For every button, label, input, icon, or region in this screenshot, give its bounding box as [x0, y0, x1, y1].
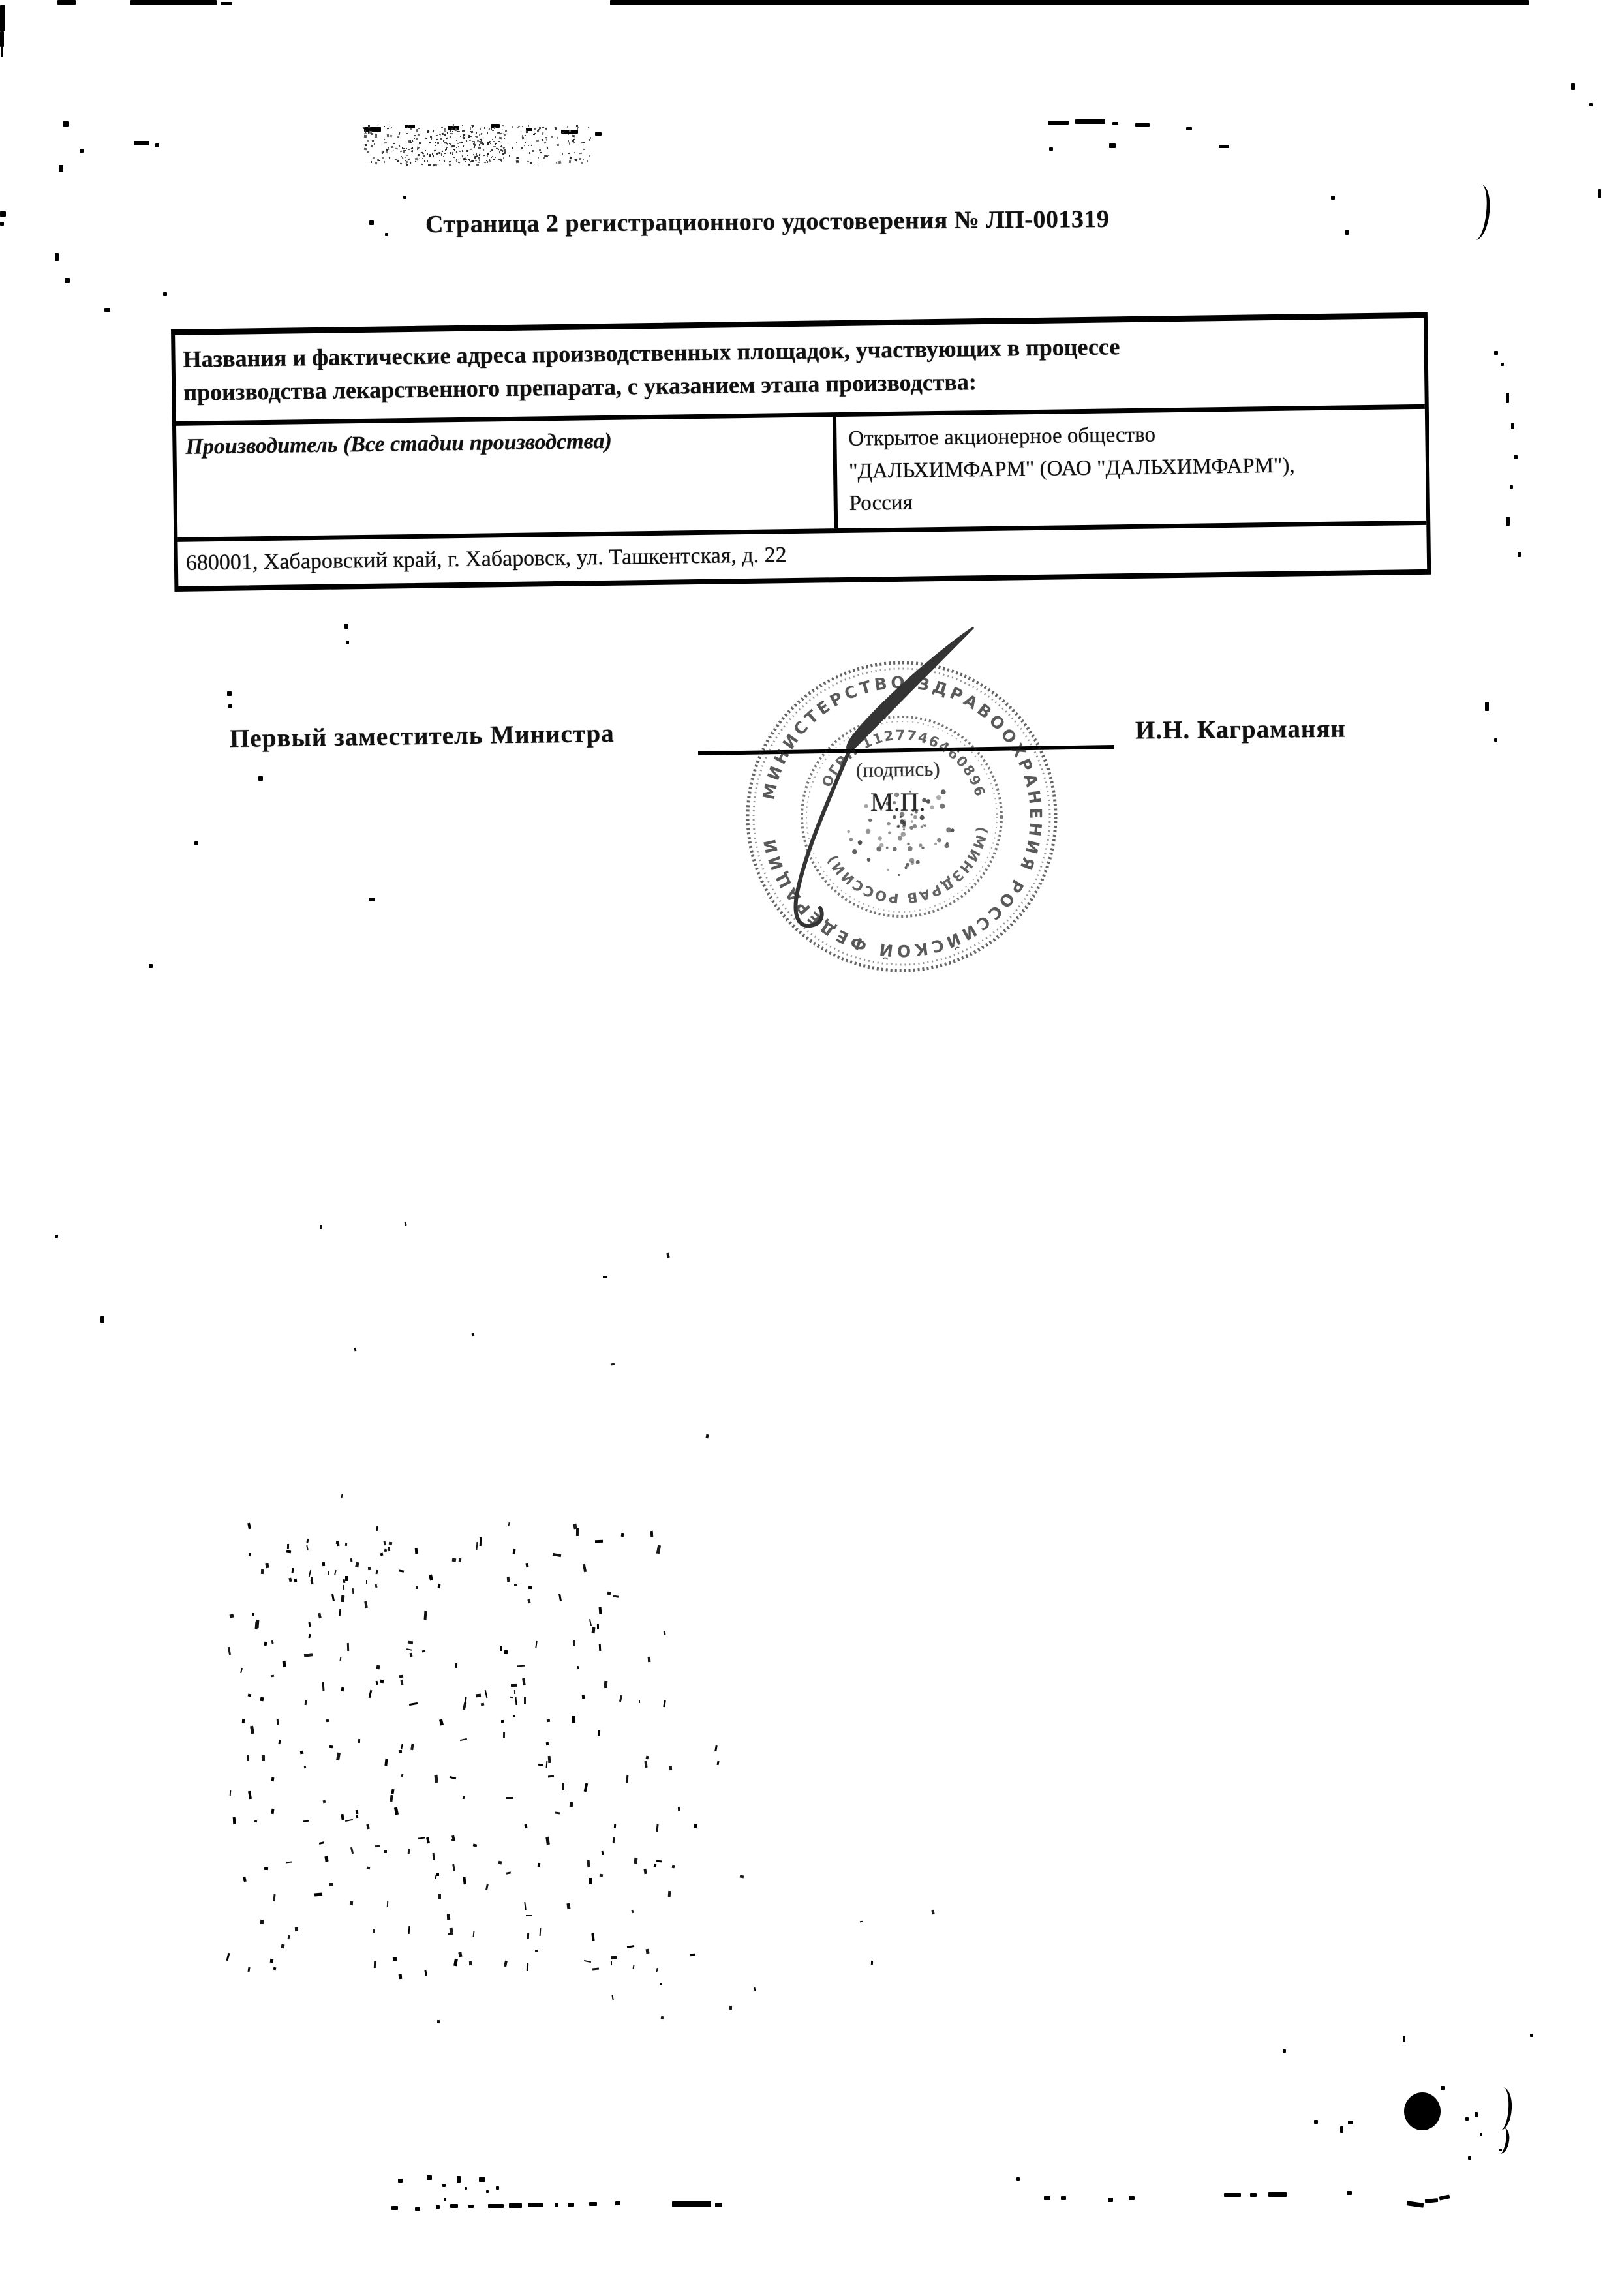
scan-noise-speck: [483, 149, 484, 151]
scan-noise-speck: [437, 142, 439, 144]
scan-speck: [528, 2203, 543, 2207]
scan-noise-speck: [465, 161, 466, 162]
scan-noise-speck: [542, 132, 543, 135]
scan-noise-speck: [341, 1687, 344, 1692]
scan-noise-speck: [525, 135, 526, 137]
scan-noise-speck: [308, 1634, 311, 1638]
scan-noise-speck: [304, 1700, 307, 1706]
scan-speck: [1485, 702, 1489, 711]
scan-noise-speck: [572, 1716, 575, 1723]
scan-speck: [0, 211, 6, 217]
scan-noise-speck: [620, 1695, 623, 1702]
scan-noise-speck: [433, 130, 434, 132]
scan-speck: [444, 2198, 446, 2201]
scan-noise-speck: [607, 1592, 611, 1595]
scan-speck: [1598, 189, 1601, 198]
scan-speck: [1135, 123, 1150, 127]
scan-speck: [65, 278, 70, 283]
scan-speck: [1494, 738, 1497, 742]
scan-noise-speck: [446, 138, 448, 140]
scan-noise-speck: [490, 143, 491, 144]
scan-noise-speck: [592, 1627, 596, 1633]
scan-arc-mark: [1464, 183, 1493, 241]
scan-noise-speck: [384, 1759, 388, 1766]
scan-noise-speck: [282, 1661, 285, 1668]
scan-noise-speck: [389, 1541, 392, 1544]
scan-noise-speck: [591, 1933, 594, 1941]
scan-noise-speck: [408, 1926, 410, 1934]
scan-noise-speck: [466, 140, 468, 141]
scan-noise-speck: [531, 145, 532, 146]
scan-noise-speck: [611, 1956, 617, 1959]
scan-noise-speck: [386, 1901, 388, 1907]
scan-noise-speck: [469, 148, 470, 151]
scan-noise-speck: [613, 1595, 619, 1598]
scan-noise-speck: [547, 155, 549, 156]
scan-noise-speck: [436, 139, 438, 141]
scan-noise-speck: [449, 161, 451, 163]
scan-noise-speck: [498, 143, 499, 144]
scan-noise-speck: [248, 1694, 252, 1697]
scan-noise-speck: [435, 164, 438, 166]
scan-noise-speck: [613, 1824, 615, 1829]
scan-noise-speck: [512, 147, 513, 149]
scan-noise-speck: [452, 131, 453, 132]
scan-speck: [0, 5, 5, 31]
scan-noise-speck: [341, 1595, 344, 1602]
scan-noise-speck: [476, 164, 479, 166]
scan-noise-speck: [286, 1550, 290, 1554]
scan-noise-speck: [436, 135, 438, 137]
scan-noise-speck: [376, 1569, 378, 1574]
scan-noise-speck: [579, 158, 581, 160]
scan-noise-speck: [378, 160, 380, 161]
scan-noise-speck: [525, 1824, 528, 1828]
scan-noise-speck: [414, 135, 416, 136]
scan-noise-speck: [513, 1690, 515, 1694]
scan-noise-speck: [405, 149, 406, 151]
scan-noise-speck: [548, 1755, 551, 1762]
scan-noise-speck: [432, 153, 433, 155]
scan-noise-speck: [271, 1675, 275, 1678]
scan-noise-speck: [487, 155, 489, 157]
scan-noise-speck: [633, 1965, 635, 1970]
scan-noise-speck: [369, 162, 370, 164]
scan-noise-speck: [473, 128, 475, 128]
scan-noise-speck: [487, 161, 489, 163]
scan-noise-speck: [452, 154, 453, 155]
scan-speck: [346, 641, 349, 644]
scan-noise-speck: [631, 1910, 634, 1914]
scan-noise-speck: [546, 1837, 550, 1845]
scan-speck: [1589, 103, 1593, 106]
scan-noise-speck: [389, 157, 390, 159]
scan-noise-speck: [471, 131, 473, 133]
scan-noise-speck: [590, 137, 591, 139]
scan-noise-speck: [754, 1987, 757, 1992]
scan-speck: [155, 143, 159, 147]
scan-speck: [1224, 2193, 1241, 2197]
scan-noise-speck: [366, 1580, 368, 1584]
scan-noise-speck: [410, 141, 412, 142]
scan-noise-speck: [424, 160, 426, 162]
scan-speck: [405, 125, 415, 128]
scan-noise-speck: [247, 1755, 249, 1761]
scan-noise-speck: [690, 1954, 695, 1956]
scan-speck: [194, 841, 198, 845]
scan-noise-speck: [383, 1541, 386, 1545]
scan-noise-speck: [271, 1777, 275, 1782]
scan-noise-speck: [499, 151, 500, 153]
scan-noise-speck: [716, 1761, 719, 1766]
scan-noise-speck: [483, 143, 484, 145]
scan-noise-speck: [248, 1790, 252, 1799]
scan-noise-speck: [535, 1950, 538, 1952]
scan-noise-speck: [493, 141, 495, 142]
scan-noise-speck: [356, 1815, 358, 1819]
scan-noise-speck: [521, 147, 523, 150]
scan-speck: [595, 132, 602, 136]
scan-noise-speck: [491, 149, 493, 151]
scan-noise-speck: [405, 157, 406, 159]
scan-noise-speck: [416, 1586, 418, 1589]
scan-noise-speck: [428, 164, 431, 166]
scan-noise-speck: [463, 145, 464, 147]
scan-speck: [479, 2177, 485, 2182]
scan-noise-speck: [545, 138, 547, 141]
scan-noise-speck: [446, 133, 447, 134]
scan-noise-speck: [462, 155, 464, 157]
scan-noise-speck: [547, 147, 549, 149]
scan-noise-speck: [425, 1970, 427, 1976]
scan-noise-speck: [437, 2020, 440, 2023]
scan-noise-speck: [509, 143, 512, 143]
scan-noise-speck: [729, 2006, 732, 2010]
scan-noise-speck: [260, 1697, 264, 1701]
scan-speck: [1049, 147, 1053, 151]
scan-noise-speck: [410, 128, 412, 130]
scan-noise-speck: [517, 127, 519, 128]
scan-noise-speck: [528, 1586, 532, 1589]
scan-speck: [1345, 230, 1349, 235]
scan-speck: [149, 964, 153, 968]
scan-noise-speck: [331, 1594, 335, 1601]
scan-speck: [385, 233, 388, 236]
scan-noise-speck: [393, 132, 394, 133]
scan-speck: [1348, 2121, 1353, 2124]
scan-noise-speck: [497, 153, 498, 154]
scan-noise-speck: [473, 1844, 478, 1848]
scan-noise-speck: [401, 1744, 403, 1749]
scan-noise-speck: [384, 1850, 387, 1853]
scan-noise-speck: [470, 127, 470, 130]
scan-speck: [1129, 2196, 1135, 2200]
scan-noise-speck: [588, 139, 590, 141]
scan-noise-speck: [260, 1920, 264, 1925]
scan-noise-speck: [672, 1864, 675, 1868]
scan-noise-speck: [443, 156, 444, 157]
scan-noise-speck: [434, 150, 436, 151]
scan-noise-speck: [482, 133, 483, 134]
scan-speck: [1250, 2193, 1257, 2197]
scan-speck: [369, 898, 375, 901]
scan-noise-speck: [500, 159, 502, 161]
scan-noise-speck: [485, 147, 485, 148]
scan-noise-speck: [694, 1824, 697, 1828]
scan-noise-speck: [527, 148, 528, 149]
scan-noise-speck: [389, 125, 390, 127]
scan-noise-speck: [404, 1222, 406, 1226]
scan-noise-speck: [438, 1894, 441, 1900]
scan-noise-speck: [364, 1601, 368, 1608]
scan-speck: [1109, 143, 1116, 148]
scan-noise-speck: [538, 157, 540, 159]
scan-noise-speck: [374, 143, 375, 145]
scan-noise-speck: [262, 1755, 265, 1761]
scan-noise-speck: [466, 150, 468, 152]
scan-noise-speck: [271, 1640, 273, 1643]
scan-speck: [227, 691, 232, 696]
scan-noise-speck: [485, 138, 485, 139]
scan-speck: [221, 2, 232, 5]
scan-noise-speck: [233, 1817, 236, 1824]
scan-noise-speck: [489, 128, 490, 130]
scan-noise-speck: [322, 1562, 325, 1566]
scan-noise-speck: [557, 144, 559, 146]
scan-noise-speck: [613, 1837, 615, 1843]
scan-noise-speck: [557, 137, 559, 139]
scan-noise-speck: [398, 145, 399, 147]
scan-noise-speck: [364, 135, 367, 138]
scan-noise-speck: [408, 1849, 410, 1854]
scan-noise-speck: [551, 136, 553, 138]
scan-noise-speck: [324, 1856, 328, 1862]
scan-speck: [1518, 552, 1521, 557]
scan-noise-speck: [871, 1961, 874, 1965]
official-round-stamp: МИНИСТЕРСТВО ЗДРАВООХРАНЕНИЯ РОССИЙСКОЙ …: [718, 607, 1083, 972]
scan-noise-speck: [230, 1790, 232, 1796]
scan-noise-speck: [500, 141, 502, 142]
scan-noise-speck: [418, 1837, 425, 1840]
scan-noise-speck: [508, 1522, 510, 1527]
scan-noise-speck: [587, 160, 588, 162]
scan-noise-speck: [468, 164, 470, 166]
scan-noise-speck: [412, 150, 413, 151]
scan-noise-speck: [504, 1960, 508, 1967]
scan-speck: [63, 121, 69, 127]
scan-noise-speck: [501, 145, 502, 147]
scan-noise-speck: [476, 137, 478, 138]
scan-noise-speck: [382, 153, 384, 154]
scan-noise-speck: [367, 1866, 371, 1869]
scan-noise-speck: [264, 1642, 267, 1646]
scan-arc-mark: [1493, 2126, 1512, 2154]
scan-noise-speck: [583, 159, 584, 160]
scan-noise-speck: [406, 1648, 412, 1651]
scan-speck: [436, 2205, 440, 2209]
scan-noise-speck: [459, 151, 460, 152]
scan-noise-speck: [376, 124, 379, 125]
scan-noise-speck: [340, 1657, 342, 1661]
scan-noise-speck: [494, 127, 496, 128]
scan-noise-speck: [582, 1694, 585, 1699]
scan-noise-speck: [345, 1543, 348, 1547]
scan-noise-speck: [271, 1809, 275, 1814]
scan-noise-speck: [450, 143, 451, 145]
scan-speck: [228, 704, 232, 708]
scan-noise-speck: [400, 151, 402, 152]
scan-noise-speck: [412, 140, 414, 142]
scan-noise-speck: [387, 134, 389, 137]
scan-noise-speck: [261, 1569, 264, 1574]
scan-noise-speck: [329, 1883, 333, 1885]
scan-noise-speck: [558, 160, 561, 163]
scan-noise-speck: [583, 142, 585, 143]
scan-noise-speck: [524, 145, 526, 147]
scan-noise-speck: [598, 1730, 600, 1736]
scan-speck: [55, 253, 59, 261]
scan-noise-speck: [329, 1745, 333, 1749]
scan-noise-speck: [407, 158, 409, 160]
scan-speck: [589, 2202, 597, 2206]
scan-noise-speck: [421, 158, 422, 159]
scan-speck: [457, 2176, 461, 2183]
scan-noise-speck: [570, 157, 572, 159]
scan-noise-speck: [566, 126, 568, 128]
producer-row: Производитель (Все стадии производства) …: [176, 409, 1426, 542]
scan-noise-speck: [656, 1860, 662, 1863]
scan-noise-speck: [532, 150, 534, 152]
scan-noise-speck: [539, 1928, 541, 1936]
scan-speck: [55, 1235, 58, 1238]
scan-noise-speck: [493, 159, 495, 160]
scan-noise-speck: [354, 1347, 356, 1351]
scan-noise-speck: [306, 1545, 309, 1550]
scan-noise-speck: [459, 1558, 462, 1562]
scan-speck: [100, 1316, 104, 1323]
scan-noise-speck: [371, 161, 372, 163]
scan-noise-speck: [570, 1802, 573, 1807]
scan-noise-speck: [577, 1666, 579, 1669]
scan-noise-speck: [230, 1614, 234, 1618]
scan-noise-speck: [286, 1862, 292, 1864]
scan-noise-speck: [522, 135, 523, 137]
scan-noise-speck: [264, 1867, 267, 1870]
scanned-document-page: Страница 2 регистрационного удостоверени…: [0, 0, 1605, 2296]
stamp-center-emblem-dots: [847, 769, 954, 876]
scan-noise-speck: [287, 1544, 290, 1549]
scan-noise-speck: [314, 1892, 322, 1896]
scan-noise-speck: [663, 1700, 665, 1708]
scan-speck: [1340, 2126, 1343, 2133]
scan-noise-speck: [418, 134, 420, 136]
scan-noise-speck: [545, 1761, 547, 1768]
scan-noise-speck: [401, 1774, 403, 1777]
scan-noise-speck: [595, 1540, 603, 1543]
scan-noise-speck: [429, 142, 431, 143]
scan-noise-speck: [309, 1570, 311, 1577]
scan-speck: [364, 127, 381, 132]
scan-noise-speck: [556, 162, 557, 164]
scan-noise-speck: [510, 1697, 513, 1699]
scan-speck: [555, 2203, 558, 2207]
scan-noise-speck: [439, 159, 440, 161]
scan-noise-speck: [356, 1810, 359, 1814]
scan-noise-speck: [529, 152, 531, 154]
scan-noise-speck: [390, 128, 390, 130]
scan-noise-speck: [311, 1577, 314, 1582]
scan-speck: [391, 2206, 398, 2210]
scan-noise-speck: [460, 1738, 467, 1742]
scan-noise-speck: [474, 145, 476, 148]
scan-speck: [163, 292, 167, 296]
scan-noise-speck: [393, 1957, 397, 1961]
scan-noise-speck: [498, 147, 499, 149]
scan-noise-speck: [460, 135, 461, 136]
scan-noise-speck: [435, 1775, 438, 1783]
scan-noise-speck: [507, 1577, 510, 1582]
scan-noise-speck: [415, 1548, 418, 1554]
scan-noise-speck: [375, 162, 378, 165]
scan-noise-speck: [395, 148, 398, 150]
scan-speck: [715, 2203, 722, 2207]
scan-noise-speck: [506, 1871, 512, 1875]
scan-noise-speck: [611, 1363, 615, 1365]
scan-noise-speck: [265, 1563, 269, 1568]
scan-noise-speck: [536, 140, 539, 142]
scan-noise-speck: [449, 136, 450, 138]
scan-speck: [1465, 2117, 1469, 2121]
scan-noise-speck: [388, 148, 390, 151]
scan-noise-speck: [450, 1928, 453, 1933]
scan-speck: [496, 2186, 499, 2190]
scan-noise-speck: [423, 155, 425, 157]
scan-noise-speck: [472, 1931, 474, 1937]
scan-arc-mark: [1490, 2087, 1514, 2131]
scan-noise-speck: [542, 127, 544, 128]
scan-noise-speck: [451, 133, 453, 134]
scan-noise-speck: [345, 1576, 347, 1580]
scan-noise-speck: [406, 164, 408, 166]
scan-noise-speck: [475, 160, 477, 161]
scan-noise-speck: [522, 126, 523, 127]
scan-noise-speck: [487, 143, 489, 145]
scan-noise-speck: [394, 1807, 399, 1815]
scan-noise-speck: [384, 126, 384, 127]
scan-noise-speck: [441, 133, 443, 136]
scan-speck: [1044, 2196, 1050, 2200]
scan-noise-speck: [243, 1877, 247, 1882]
scan-noise-speck: [639, 1700, 641, 1703]
scan-noise-speck: [367, 151, 369, 153]
scan-noise-speck: [627, 1945, 634, 1948]
scan-speck: [403, 196, 406, 199]
scan-noise-speck: [646, 1949, 649, 1954]
scan-noise-speck: [247, 1522, 251, 1528]
scan-speck: [468, 2205, 474, 2208]
page-title: Страница 2 регистрационного удостоверени…: [425, 205, 1110, 239]
scan-noise-speck: [364, 148, 367, 150]
scan-noise-speck: [419, 157, 420, 159]
scan-noise-speck: [240, 1668, 243, 1674]
scan-noise-speck: [425, 138, 427, 140]
producer-name-cell: Открытое акционерное общество "ДАЛЬХИМФА…: [836, 409, 1426, 528]
scan-noise-speck: [418, 154, 420, 156]
scan-noise-speck: [520, 130, 521, 132]
scan-noise-speck: [367, 140, 369, 142]
scan-noise-speck: [278, 1740, 281, 1745]
scan-speck: [1571, 83, 1575, 90]
